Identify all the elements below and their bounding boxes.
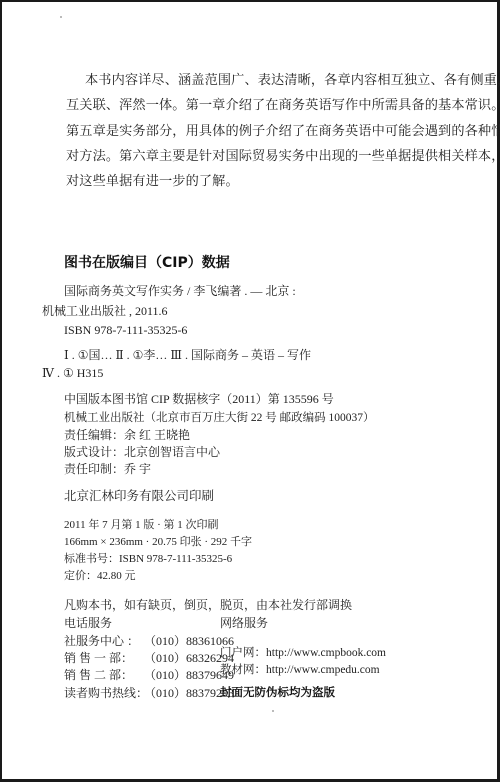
phone-row: 读者购书热线：（010）88379203: [64, 684, 234, 701]
web-label: 门户网：: [220, 647, 266, 659]
format-info: 166mm × 236mm · 20.75 印张 · 292 千字: [64, 533, 252, 549]
intro-line: 对方法。第六章主要是针对国际贸易实务中出现的一些单据提供相关样本，以使读者: [66, 144, 452, 169]
phone-service-heading: 电话服务: [64, 614, 112, 631]
scan-speck: [60, 16, 62, 18]
phone-row: 销 售 一 部：（010）68326294: [64, 649, 234, 666]
phone-label: 读者购书热线：: [64, 684, 144, 701]
cip-record-number: 中国版本图书馆 CIP 数据核字（2011）第 135596 号: [64, 390, 334, 407]
intro-line: 对这些单据有进一步的了解。: [66, 169, 452, 194]
defect-notice: 凡购本书，如有缺页，倒页，脱页，由本社发行部调换: [64, 596, 352, 613]
web-row: 门户网：http://www.cmpbook.com: [220, 644, 386, 660]
phone-label: 社服务中心 ：: [64, 632, 144, 649]
web-url: http://www.cmpedu.com: [266, 664, 380, 676]
responsible-editor: 责任编辑：余 红 王晓艳: [64, 426, 190, 443]
intro-line: 第五章是实务部分，用具体的例子介绍了在商务英语中可能会遇到的各种情况以及应: [66, 119, 452, 144]
phone-row: 销 售 二 部：（010）88379649: [64, 666, 234, 683]
copyright-page: 本书内容详尽、涵盖范围广、表达清晰，各章内容相互独立、各有侧重，但又相 互关联、…: [0, 0, 500, 782]
intro-paragraph: 本书内容详尽、涵盖范围广、表达清晰，各章内容相互独立、各有侧重，但又相 互关联、…: [66, 68, 452, 194]
cip-publisher-entry: 机械工业出版社 , 2011.6: [42, 302, 168, 319]
cip-isbn: ISBN 978-7-111-35325-6: [64, 323, 187, 338]
edition-info: 2011 年 7 月第 1 版 · 第 1 次印刷: [64, 516, 219, 532]
print-responsible: 责任印制：乔 宇: [64, 460, 151, 477]
cip-title: 图书在版编目（CIP）数据: [64, 252, 230, 272]
standard-isbn: 标准书号：ISBN 978-7-111-35325-6: [64, 550, 232, 566]
cip-classification-code: Ⅳ . ① H315: [42, 366, 103, 381]
web-service-heading: 网络服务: [220, 614, 268, 631]
web-url: http://www.cmpbook.com: [266, 647, 386, 659]
cip-classification: Ⅰ . ①国… Ⅱ . ①李… Ⅲ . 国际商务 – 英语 – 写作: [64, 346, 311, 363]
scan-speck: [272, 710, 274, 712]
intro-line: 互关联、浑然一体。第一章介绍了在商务英语写作中所需具备的基本常识。第二章至: [66, 93, 452, 118]
anti-piracy-notice: 封面无防伪标均为盗版: [220, 684, 335, 700]
phone-label: 销 售 一 部：: [64, 649, 144, 666]
price: 定价：42.80 元: [64, 567, 136, 583]
layout-design: 版式设计：北京创智语言中心: [64, 443, 220, 460]
phone-row: 社服务中心 ：（010）88361066: [64, 632, 234, 649]
web-label: 教材网：: [220, 664, 266, 676]
cip-book-entry: 国际商务英文写作实务 / 李飞编著 . — 北京 :: [64, 282, 296, 299]
phone-label: 销 售 二 部：: [64, 666, 144, 683]
intro-line: 本书内容详尽、涵盖范围广、表达清晰，各章内容相互独立、各有侧重，但又相: [66, 68, 452, 93]
web-row: 教材网：http://www.cmpedu.com: [220, 661, 380, 677]
publisher-address: 机械工业出版社（北京市百万庄大街 22 号 邮政编码 100037）: [64, 409, 375, 425]
printer: 北京汇林印务有限公司印刷: [64, 486, 214, 504]
